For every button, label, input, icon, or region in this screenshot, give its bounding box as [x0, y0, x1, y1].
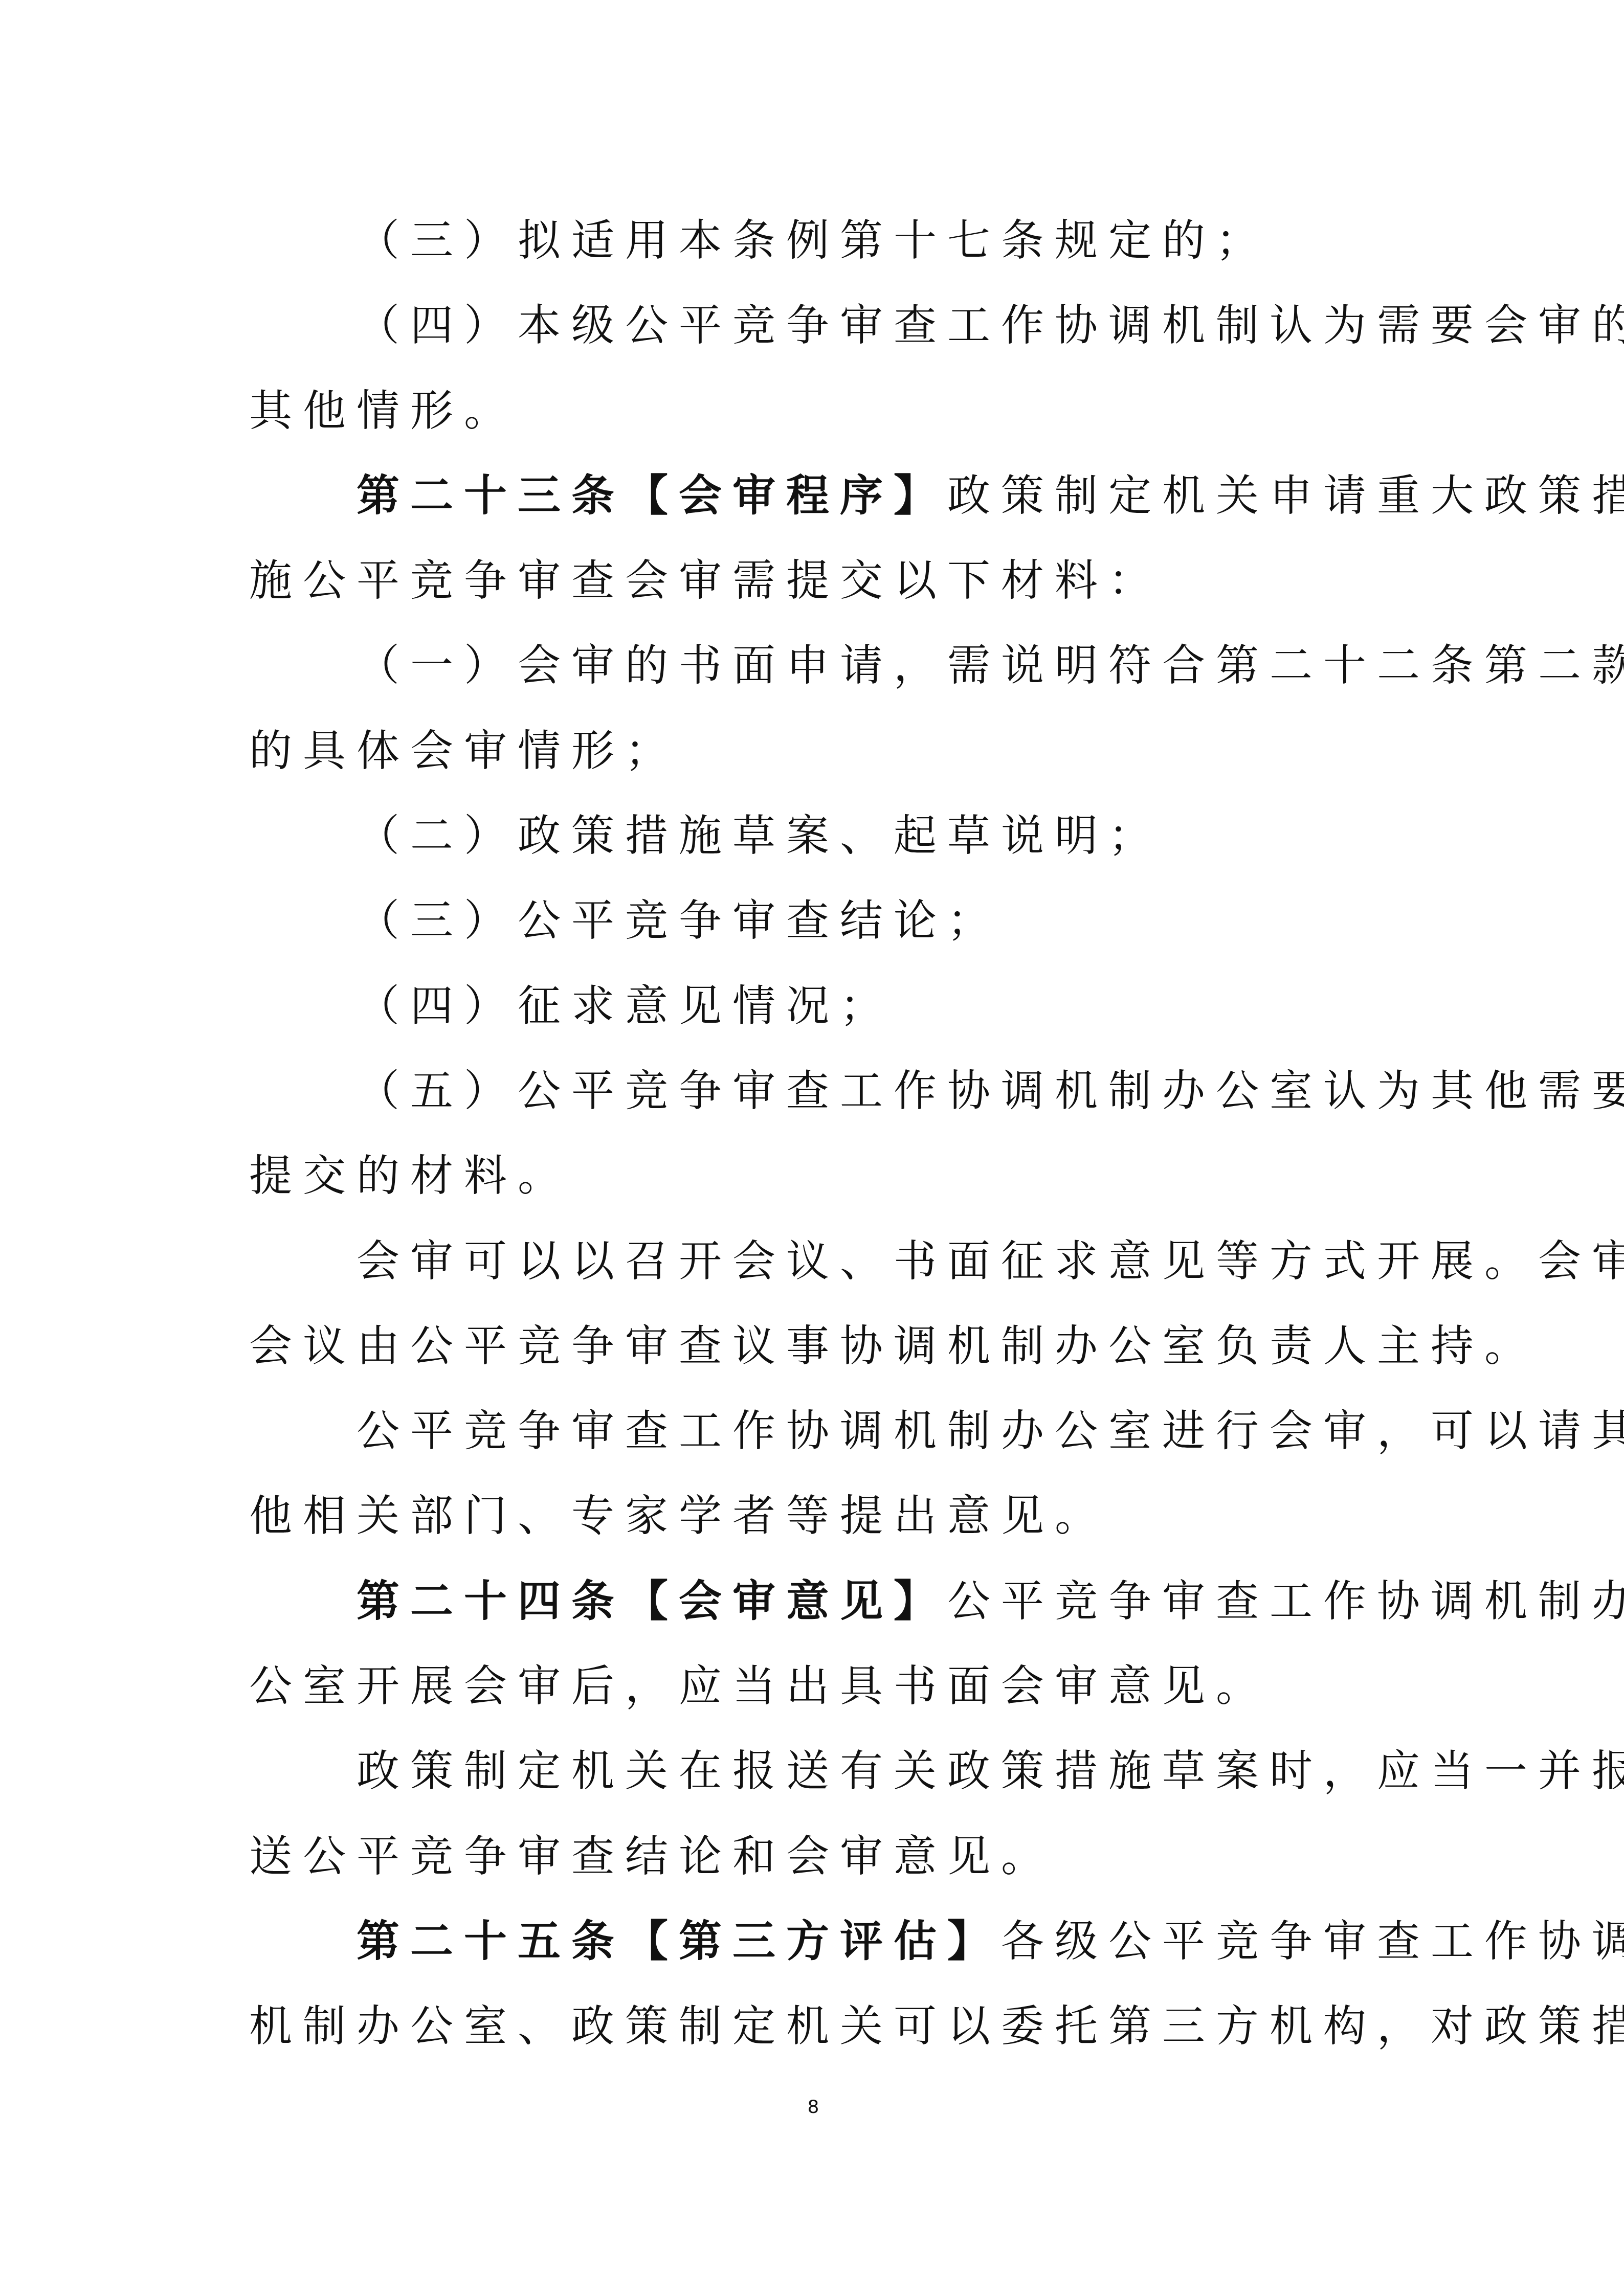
text-line: （五）公平竞争审查工作协调机制办公室认为其他需要: [249, 1065, 1380, 1150]
text-line: （三）拟适用本条例第十七条规定的；: [249, 215, 1380, 300]
text-line: 政策制定机关在报送有关政策措施草案时，应当一并报: [249, 1745, 1380, 1830]
text-line: 送公平竞争审查结论和会审意见。: [249, 1831, 1380, 1916]
page-number: 8: [798, 2097, 829, 2118]
text-line: （一）会审的书面申请，需说明符合第二十二条第二款: [249, 640, 1380, 725]
line-text: 送公平竞争审查结论和会审意见。: [249, 1831, 1055, 1881]
line-text: 政策制定机关在报送有关政策措施草案时，应当一并报: [357, 1746, 1624, 1796]
text-line: 会审可以以召开会议、书面征求意见等方式开展。会审: [249, 1235, 1380, 1320]
text-line: 第二十五条【第三方评估】各级公平竞争审查工作协调: [249, 1916, 1380, 2000]
line-text: 会审可以以召开会议、书面征求意见等方式开展。会审: [357, 1236, 1624, 1286]
text-line: 第二十三条【会审程序】政策制定机关申请重大政策措: [249, 470, 1380, 555]
document-page: （三）拟适用本条例第十七条规定的； （四）本级公平竞争审查工作协调机制认为需要会…: [0, 0, 1624, 2296]
line-text: 会议由公平竞争审查议事协调机制办公室负责人主持。: [249, 1321, 1538, 1371]
line-text: （一）会审的书面申请，需说明符合第二十二条第二款: [357, 640, 1624, 690]
line-text: 公室开展会审后，应当出具书面会审意见。: [249, 1661, 1270, 1711]
line-text: 机制办公室、政策制定机关可以委托第三方机构，对政策措: [249, 2001, 1624, 2051]
line-text: 公平竞争审查工作协调机制办: [947, 1576, 1624, 1626]
line-text: 施公平竞争审查会审需提交以下材料：: [249, 555, 1162, 605]
line-text: （四）征求意见情况；: [357, 981, 894, 1031]
line-text: （三）公平竞争审查结论；: [357, 895, 1001, 946]
text-line: 他相关部门、专家学者等提出意见。: [249, 1490, 1380, 1575]
line-text: 其他情形。: [249, 386, 518, 436]
text-line: 施公平竞争审查会审需提交以下材料：: [249, 555, 1380, 640]
text-line: 第二十四条【会审意见】公平竞争审查工作协调机制办: [249, 1575, 1380, 1660]
line-text: 的具体会审情形；: [249, 726, 679, 776]
line-text: 各级公平竞争审查工作协调: [1001, 1916, 1624, 1966]
line-text: 公平竞争审查工作协调机制办公室进行会审，可以请其: [357, 1406, 1624, 1456]
line-text: （三）拟适用本条例第十七条规定的；: [357, 215, 1270, 265]
text-line: 其他情形。: [249, 385, 1380, 470]
text-line: （四）本级公平竞争审查工作协调机制认为需要会审的: [249, 300, 1380, 385]
article-heading: 第二十三条【会审程序】: [357, 470, 947, 521]
text-line: 公平竞争审查工作协调机制办公室进行会审，可以请其: [249, 1405, 1380, 1490]
line-text: 提交的材料。: [249, 1151, 571, 1201]
text-line: 机制办公室、政策制定机关可以委托第三方机构，对政策措: [249, 2000, 1380, 2085]
line-text: （五）公平竞争审查工作协调机制办公室认为其他需要: [357, 1066, 1624, 1116]
line-text: 政策制定机关申请重大政策措: [947, 470, 1624, 521]
line-text: （二）政策措施草案、起草说明；: [357, 811, 1162, 861]
text-line: 的具体会审情形；: [249, 725, 1380, 810]
text-line: 提交的材料。: [249, 1150, 1380, 1235]
line-text: 他相关部门、专家学者等提出意见。: [249, 1491, 1108, 1541]
article-heading: 第二十四条【会审意见】: [357, 1576, 947, 1626]
text-line: 会议由公平竞争审查议事协调机制办公室负责人主持。: [249, 1320, 1380, 1405]
line-text: （四）本级公平竞争审查工作协调机制认为需要会审的: [357, 300, 1624, 350]
text-line: 公室开展会审后，应当出具书面会审意见。: [249, 1660, 1380, 1745]
text-line: （三）公平竞争审查结论；: [249, 895, 1380, 980]
article-heading: 第二十五条【第三方评估】: [357, 1916, 1001, 1966]
text-line: （四）征求意见情况；: [249, 980, 1380, 1065]
document-body: （三）拟适用本条例第十七条规定的； （四）本级公平竞争审查工作协调机制认为需要会…: [249, 215, 1380, 2086]
text-line: （二）政策措施草案、起草说明；: [249, 810, 1380, 895]
